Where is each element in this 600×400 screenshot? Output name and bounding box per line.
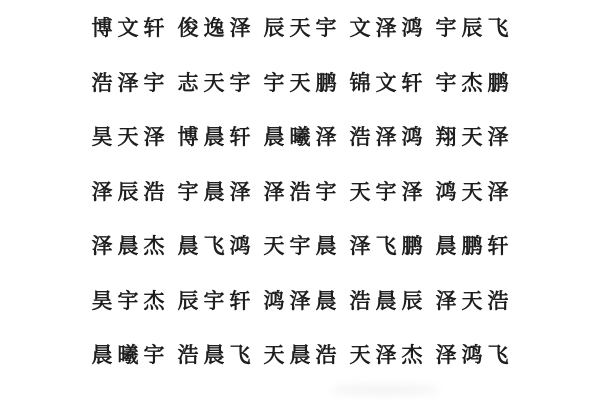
name-row: 昊宇杰辰宇轩鸿泽晨浩晨辰泽天浩 xyxy=(0,273,600,328)
name-row: 昊天泽博晨轩晨曦泽浩泽鸿翔天泽 xyxy=(0,109,600,164)
name-item: 泽天浩 xyxy=(436,285,514,315)
name-item: 文泽鸿 xyxy=(350,12,428,42)
name-item: 天宇泽 xyxy=(350,176,428,206)
name-item: 泽辰浩 xyxy=(92,176,170,206)
name-item: 宇晨泽 xyxy=(178,176,256,206)
name-item: 浩晨飞 xyxy=(178,339,256,369)
name-item: 晨鹏轩 xyxy=(436,230,514,260)
name-item: 晨曦宇 xyxy=(92,339,170,369)
name-item: 鸿泽晨 xyxy=(264,285,342,315)
name-row: 浩泽宇志天宇宇天鹏锦文轩宇杰鹏 xyxy=(0,55,600,110)
name-item: 辰天宇 xyxy=(264,12,342,42)
name-row: 晨曦宇浩晨飞天晨浩天泽杰泽鸿飞 xyxy=(0,327,600,382)
name-item: 天晨浩 xyxy=(264,339,342,369)
name-item: 泽晨杰 xyxy=(92,230,170,260)
name-row: 泽晨杰晨飞鸿天宇晨泽飞鹏晨鹏轩 xyxy=(0,218,600,273)
name-item: 博文轩 xyxy=(92,12,170,42)
document-page: 博文轩俊逸泽辰天宇文泽鸿宇辰飞浩泽宇志天宇宇天鹏锦文轩宇杰鹏昊天泽博晨轩晨曦泽浩… xyxy=(0,0,600,400)
name-row: 博文轩俊逸泽辰天宇文泽鸿宇辰飞 xyxy=(0,0,600,55)
name-item: 博晨轩 xyxy=(178,121,256,151)
name-item: 志天宇 xyxy=(178,67,256,97)
name-row: 泽辰浩宇晨泽泽浩宇天宇泽鸿天泽 xyxy=(0,164,600,219)
name-item: 翔天泽 xyxy=(436,121,514,151)
name-item: 浩晨辰 xyxy=(350,285,428,315)
name-grid: 博文轩俊逸泽辰天宇文泽鸿宇辰飞浩泽宇志天宇宇天鹏锦文轩宇杰鹏昊天泽博晨轩晨曦泽浩… xyxy=(0,0,600,382)
name-item: 泽浩宇 xyxy=(264,176,342,206)
name-item: 天宇晨 xyxy=(264,230,342,260)
name-item: 鸿天泽 xyxy=(436,176,514,206)
name-item: 晨曦泽 xyxy=(264,121,342,151)
name-item: 天泽杰 xyxy=(350,339,428,369)
name-item: 浩泽宇 xyxy=(92,67,170,97)
bottom-smudge xyxy=(330,384,440,396)
name-item: 宇辰飞 xyxy=(436,12,514,42)
name-item: 泽鸿飞 xyxy=(436,339,514,369)
name-item: 昊宇杰 xyxy=(92,285,170,315)
name-item: 昊天泽 xyxy=(92,121,170,151)
name-item: 晨飞鸿 xyxy=(178,230,256,260)
name-item: 宇天鹏 xyxy=(264,67,342,97)
name-item: 浩泽鸿 xyxy=(350,121,428,151)
name-item: 宇杰鹏 xyxy=(436,67,514,97)
name-item: 泽飞鹏 xyxy=(350,230,428,260)
name-item: 辰宇轩 xyxy=(178,285,256,315)
name-item: 锦文轩 xyxy=(350,67,428,97)
name-item: 俊逸泽 xyxy=(178,12,256,42)
